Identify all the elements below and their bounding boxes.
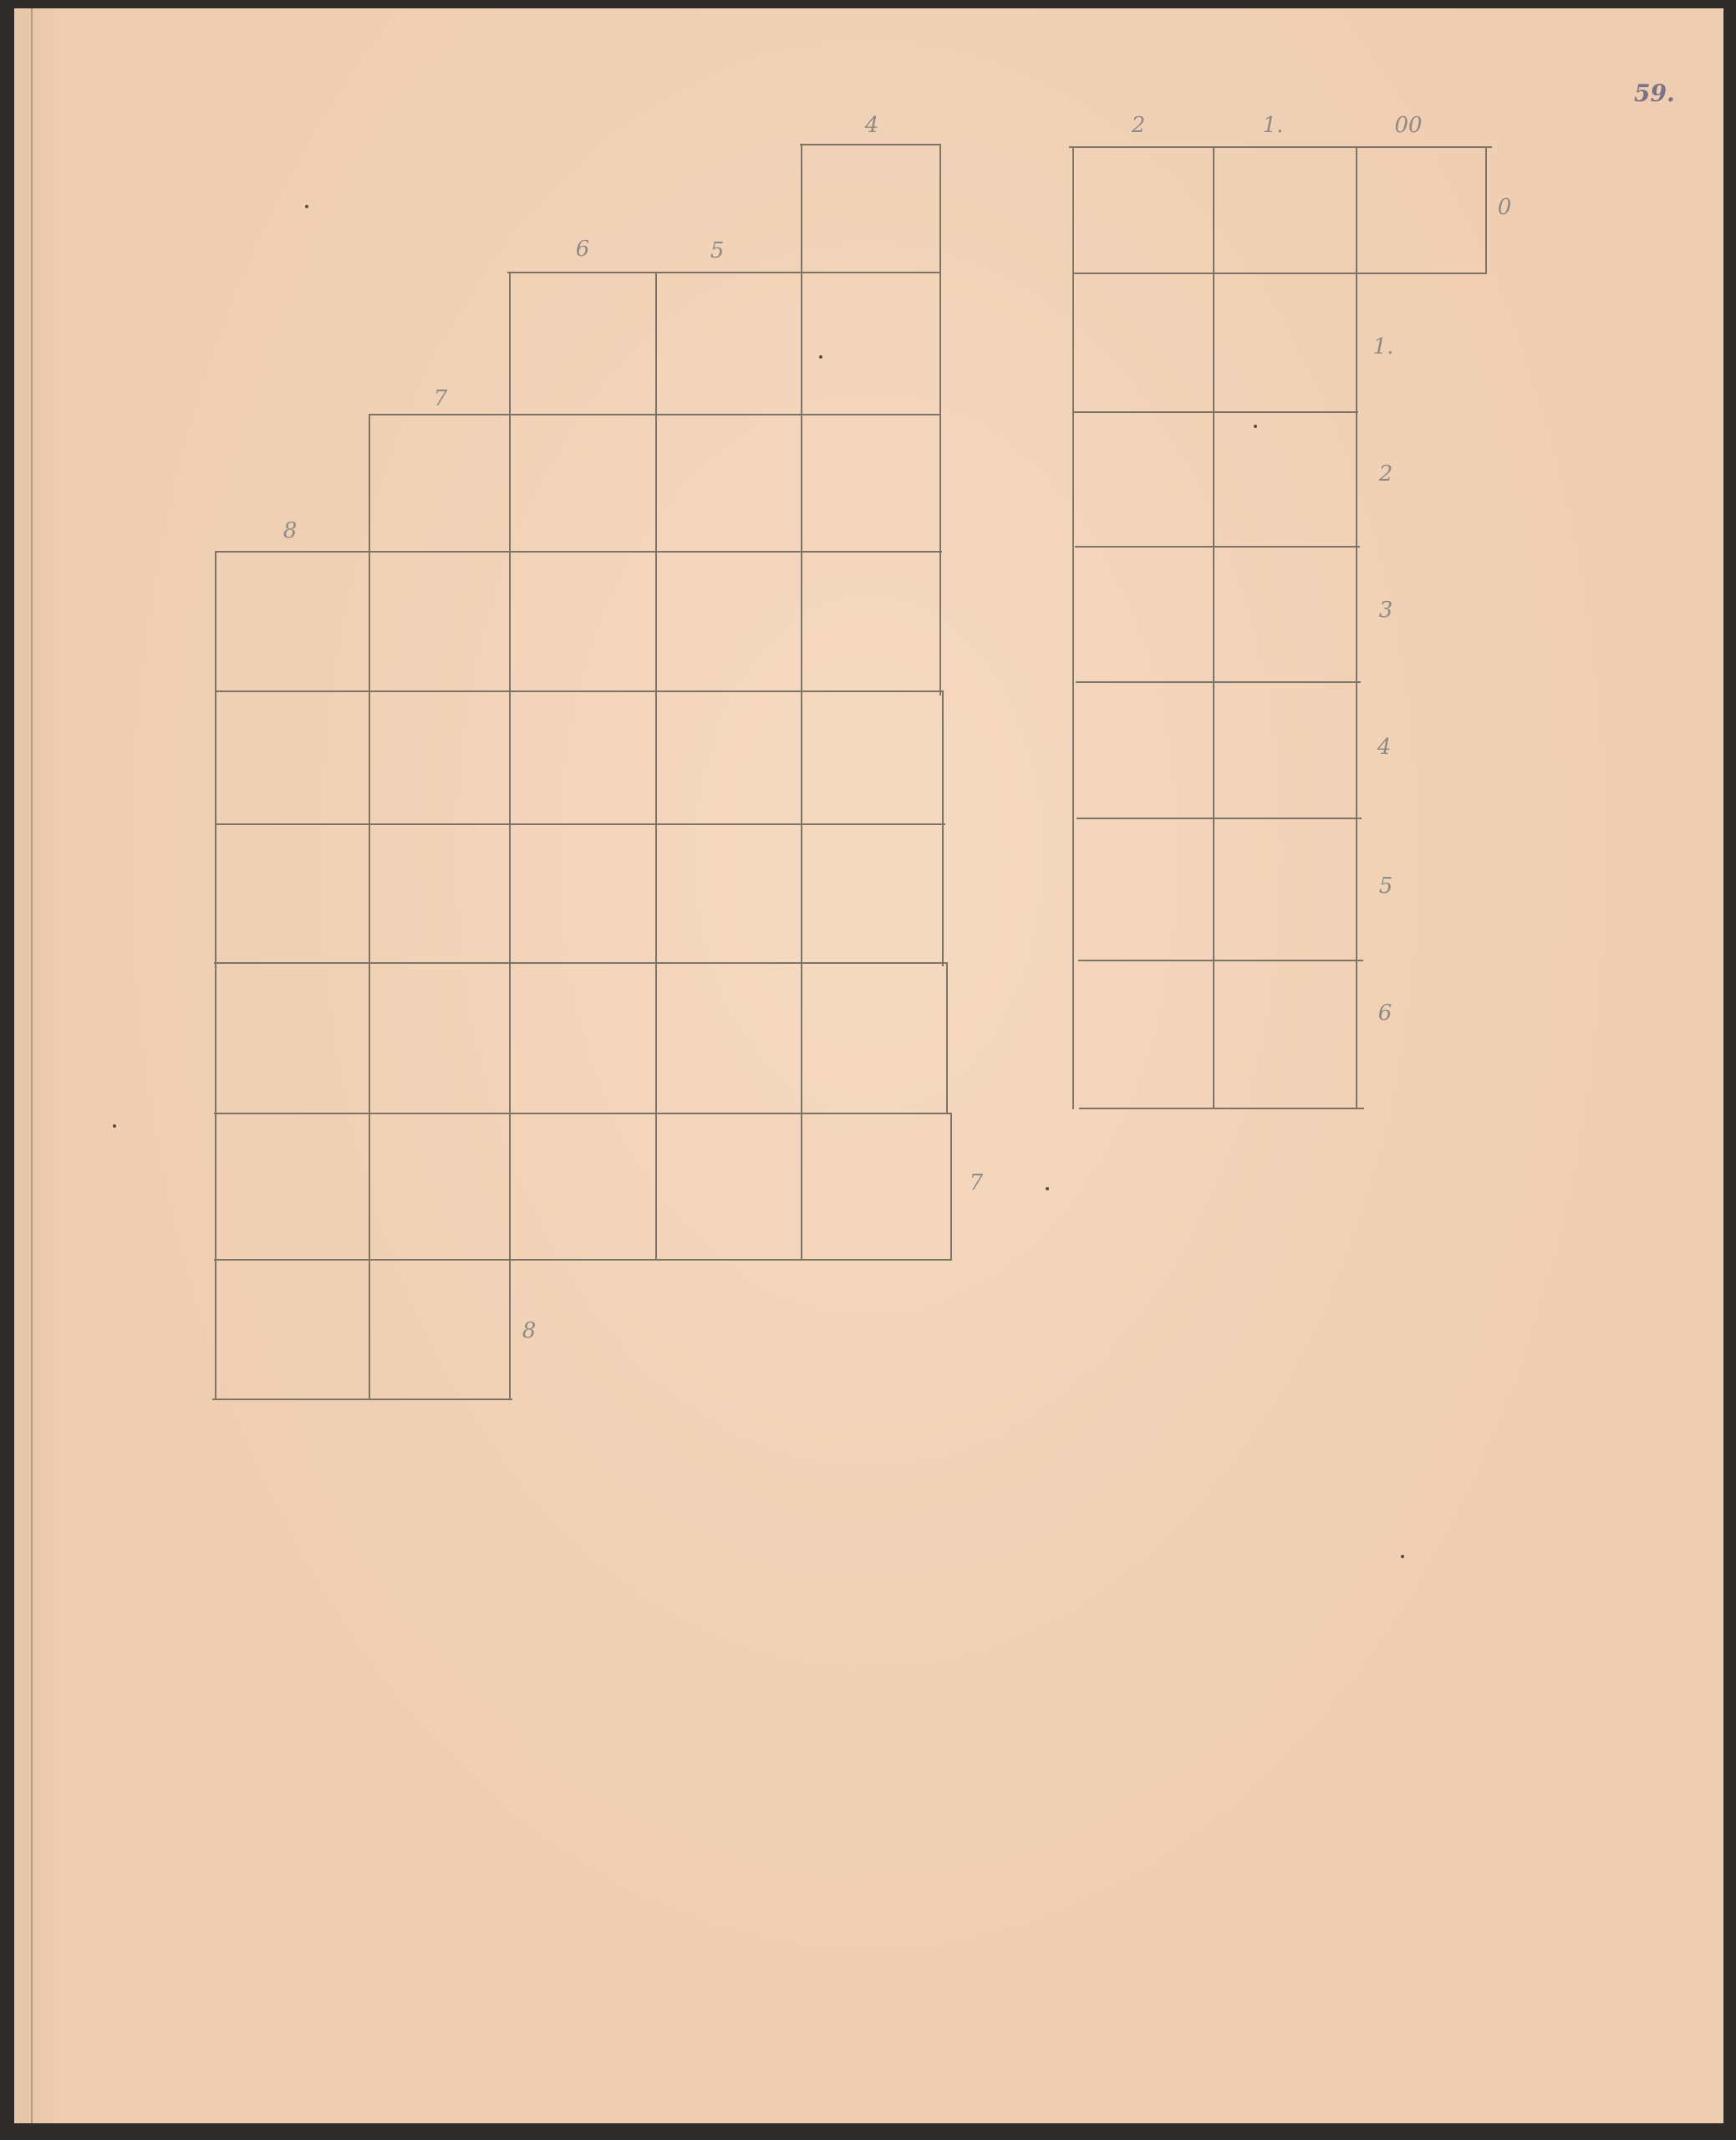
left-grid-line xyxy=(509,272,511,1400)
right-grid-label-row-2: 2 xyxy=(1379,463,1393,485)
right-grid-label-row-0: 0 xyxy=(1498,196,1512,218)
left-grid-label-col-5: 5 xyxy=(710,240,725,262)
left-grid-line xyxy=(215,823,945,825)
paper-speck xyxy=(113,1124,116,1128)
left-grid-line xyxy=(946,962,948,1113)
left-grid-line xyxy=(942,690,944,966)
paper-speck xyxy=(1046,1187,1049,1190)
right-grid-line xyxy=(1077,818,1362,819)
right-grid-line xyxy=(1076,681,1361,683)
left-grid-label-row-8: 8 xyxy=(522,1320,537,1342)
right-grid-label-row-5: 5 xyxy=(1379,875,1393,897)
left-grid-label-col-4: 4 xyxy=(865,115,879,136)
left-grid-line xyxy=(216,690,944,692)
right-grid-line xyxy=(1072,273,1487,274)
paper-speck xyxy=(1401,1555,1404,1558)
right-grid-label-row-6: 6 xyxy=(1378,1002,1392,1024)
right-grid-line xyxy=(1213,146,1214,1109)
left-grid-line xyxy=(950,1113,952,1261)
left-grid-label-row-7: 7 xyxy=(970,1172,984,1194)
left-grid-line xyxy=(214,962,948,964)
left-grid-line xyxy=(212,1399,512,1400)
right-grid-label-row-4: 4 xyxy=(1377,736,1392,758)
document-page xyxy=(14,8,1723,2123)
left-grid-line xyxy=(216,551,942,553)
right-grid-label-col-1: 1. xyxy=(1263,115,1284,136)
right-grid-label-row-3: 3 xyxy=(1379,599,1393,621)
left-grid-line xyxy=(655,272,657,1261)
right-grid-label-col-2: 2 xyxy=(1132,115,1146,136)
right-grid-line xyxy=(1074,411,1358,413)
left-grid-line xyxy=(215,551,216,1400)
page-number: 59. xyxy=(1634,79,1675,107)
left-grid-line xyxy=(214,1113,951,1114)
right-grid-line xyxy=(1079,1108,1364,1109)
paper-speck xyxy=(1254,425,1257,428)
right-grid-line xyxy=(1078,960,1363,961)
left-grid-line xyxy=(939,144,941,695)
left-grid-line xyxy=(507,272,940,273)
right-grid-line xyxy=(1356,146,1357,1109)
paper-speck xyxy=(305,205,308,208)
right-grid-line xyxy=(1069,146,1492,148)
right-grid-line xyxy=(1485,146,1487,274)
left-grid-label-col-7: 7 xyxy=(434,388,448,410)
left-grid-line xyxy=(801,144,802,1261)
left-grid-label-col-6: 6 xyxy=(576,238,590,260)
right-grid-line xyxy=(1075,546,1360,548)
paper-speck xyxy=(819,355,822,359)
left-grid-line xyxy=(800,144,940,145)
right-grid-line xyxy=(1072,146,1074,1109)
right-grid-label-row-1: 1. xyxy=(1373,336,1394,358)
left-grid-label-col-8: 8 xyxy=(283,520,298,542)
previous-page-edge xyxy=(14,8,33,2123)
right-grid-label-col-00: 00 xyxy=(1394,115,1422,136)
left-grid-line xyxy=(369,414,370,1400)
left-grid-line xyxy=(214,1259,952,1261)
